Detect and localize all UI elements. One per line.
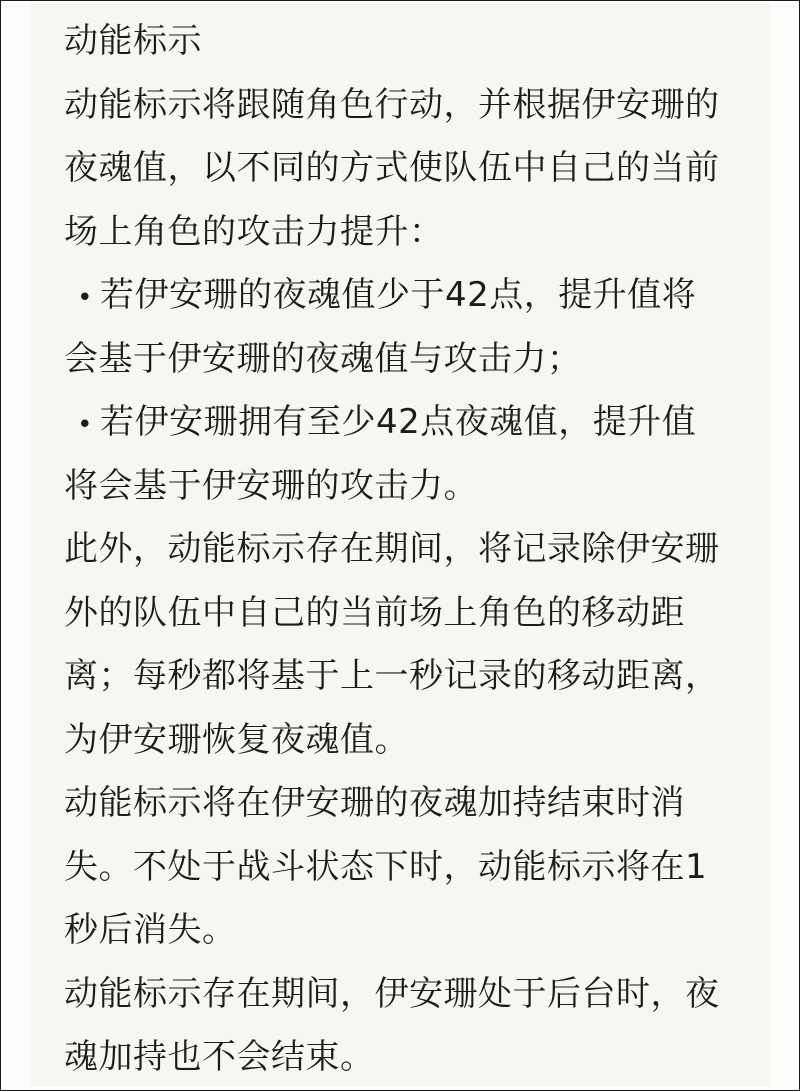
text-line: 会基于伊安珊的夜魂值与攻击力； bbox=[64, 328, 754, 392]
bullet-item-below-42: •若伊安珊的夜魂值少于42点，提升值将 会基于伊安珊的夜魂值与攻击力； bbox=[64, 264, 754, 391]
text-line: 离；每秒都将基于上一秒记录的移动距离， bbox=[64, 645, 754, 709]
text-line: 将会基于伊安珊的攻击力。 bbox=[64, 455, 754, 519]
text-line: •若伊安珊拥有至少42点夜魂值，提升值 bbox=[64, 391, 754, 455]
bullet-text: 若伊安珊拥有至少42点夜魂值，提升值 bbox=[100, 402, 696, 442]
section-title: 动能标示 bbox=[64, 10, 754, 74]
paragraph-movement-recording: 此外，动能标示存在期间，将记录除伊安珊 外的队伍中自己的当前场上角色的移动距 离… bbox=[64, 518, 754, 772]
text-line: •若伊安珊的夜魂值少于42点，提升值将 bbox=[64, 264, 754, 328]
text-line: 动能标示将在伊安珊的夜魂加持结束时消 bbox=[64, 772, 754, 836]
text-line: 魂加持也不会结束。 bbox=[64, 1026, 754, 1090]
text-line: 此外，动能标示存在期间，将记录除伊安珊 bbox=[64, 518, 754, 582]
skill-description: 动能标示 动能标示将跟随角色行动，并根据伊安珊的 夜魂值，以不同的方式使队伍中自… bbox=[64, 10, 754, 1090]
paragraph-intro: 动能标示将跟随角色行动，并根据伊安珊的 夜魂值，以不同的方式使队伍中自己的当前 … bbox=[64, 74, 754, 265]
text-line: 秒后消失。 bbox=[64, 899, 754, 963]
text-line: 动能标示存在期间，伊安珊处于后台时，夜 bbox=[64, 963, 754, 1027]
bullet-text: 若伊安珊的夜魂值少于42点，提升值将 bbox=[100, 275, 696, 315]
text-line: 动能标示将跟随角色行动，并根据伊安珊的 bbox=[64, 74, 754, 138]
text-line: 失。不处于战斗状态下时，动能标示将在1 bbox=[64, 836, 754, 900]
paragraph-background-note: 动能标示存在期间，伊安珊处于后台时，夜 魂加持也不会结束。 bbox=[64, 963, 754, 1090]
bullet-item-at-least-42: •若伊安珊拥有至少42点夜魂值，提升值 将会基于伊安珊的攻击力。 bbox=[64, 391, 754, 518]
paragraph-disappear-condition: 动能标示将在伊安珊的夜魂加持结束时消 失。不处于战斗状态下时，动能标示将在1 秒… bbox=[64, 772, 754, 963]
bullet-icon: • bbox=[70, 267, 100, 331]
text-line: 场上角色的攻击力提升： bbox=[64, 201, 754, 265]
text-line: 外的队伍中自己的当前场上角色的移动距 bbox=[64, 582, 754, 646]
text-line: 为伊安珊恢复夜魂值。 bbox=[64, 709, 754, 773]
bullet-icon: • bbox=[70, 394, 100, 458]
text-line: 夜魂值，以不同的方式使队伍中自己的当前 bbox=[64, 137, 754, 201]
